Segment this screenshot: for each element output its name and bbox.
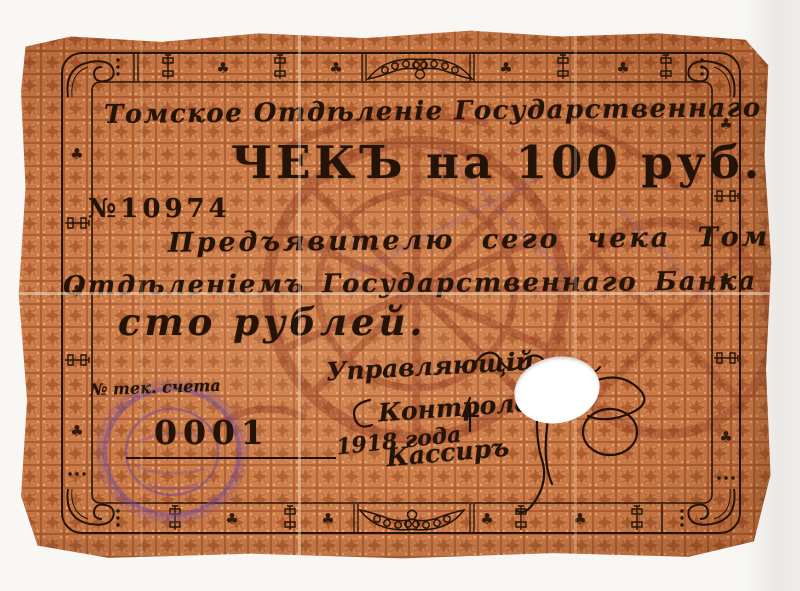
club-icon: ♣ — [216, 59, 229, 77]
dots-ornament-icon — [68, 472, 85, 475]
account-number-value: 0001 — [154, 416, 270, 449]
dots-ornament-icon — [680, 509, 683, 526]
banknote: ♣ ♣ ♣ ♣ ♣ ♣ — [18, 28, 772, 560]
dots-ornament-icon — [700, 58, 703, 75]
club-icon: ♣ — [616, 59, 629, 77]
club-icon: ♣ — [329, 59, 342, 77]
club-icon: ♣ — [499, 59, 512, 77]
club-icon: ♣ — [225, 510, 238, 528]
pencil-mark: v — [750, 35, 760, 50]
amount-in-words: сто рублей. — [118, 304, 426, 341]
payable-line-1: Предъявителю сего чека Томскимъ — [168, 222, 800, 257]
photo-background: ♣ ♣ ♣ ♣ ♣ ♣ — [0, 0, 800, 591]
serial-number: №10974 — [88, 196, 231, 222]
dots-ornament-icon — [116, 58, 119, 75]
club-icon: ♣ — [70, 145, 83, 163]
account-number-underline — [126, 457, 336, 459]
fold-crease-horizontal — [18, 292, 772, 295]
dots-ornament-icon — [717, 476, 734, 479]
club-icon: ♣ — [70, 422, 83, 440]
club-icon: ♣ — [321, 510, 334, 528]
dots-ornament-icon — [116, 509, 119, 526]
club-icon: ♣ — [480, 510, 493, 528]
account-number-label: № тек. счета — [90, 378, 221, 399]
club-icon: ♣ — [719, 428, 732, 446]
check-title: ЧЕКЪ на 100 руб. — [231, 140, 763, 185]
bank-name-line: Томское Отдѣленіе Государственнаго Банка — [104, 94, 800, 128]
